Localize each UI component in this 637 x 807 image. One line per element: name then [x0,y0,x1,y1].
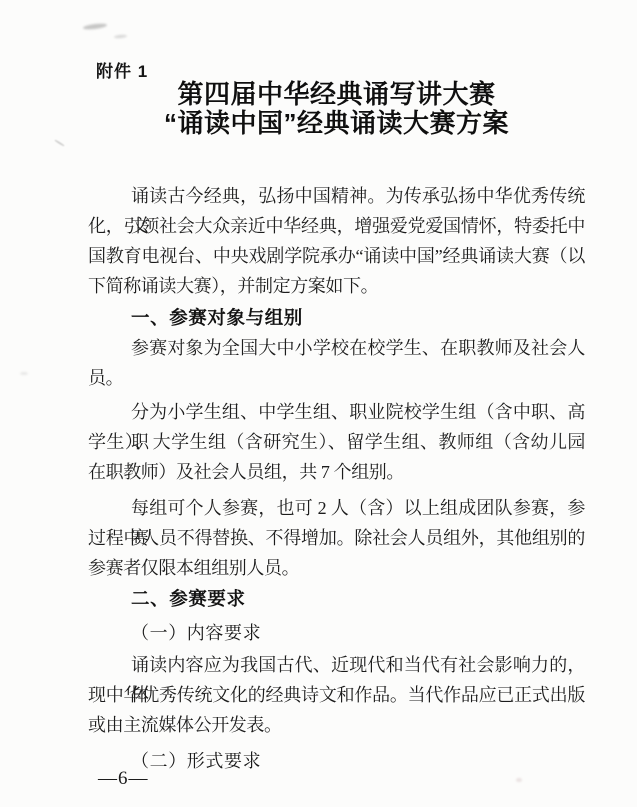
doc-line: 员。 [88,363,585,393]
doc-line: 国教育电视台、中央戏剧学院承办“诵读中国”经典诵读大赛（以 [88,241,585,271]
subsection-heading: （二）形式要求 [88,746,585,776]
document-title-line2: “诵读中国”经典诵读大赛方案 [88,109,585,138]
scan-smudge-mark [114,34,127,38]
doc-line: 下简称诵读大赛），并制定方案如下。 [88,271,585,301]
doc-line: 每组可个人参赛，也可 2 人（含）以上组成团队参赛，参赛 [88,493,585,523]
attachment-label: 附件 1 [96,57,148,82]
doc-line: 参赛者仅限本组组别人员。 [88,553,585,583]
doc-line: 化，引领社会大众亲近中华经典，增强爱党爱国情怀，特委托中 [88,211,585,241]
doc-line: 现中华优秀传统文化的经典诗文和作品。当代作品应已正式出版 [88,680,585,710]
page-number: —6— [98,768,149,790]
scanned-document-page: 附件 1 第四届中华经典诵写讲大赛 “诵读中国”经典诵读大赛方案 诵读古今经典，… [0,0,637,807]
doc-line: 分为小学生组、中学生组、职业院校学生组（含中职、高职 [88,397,585,427]
doc-line: 过程中人员不得替换、不得增加。除社会人员组外，其他组别的 [88,523,585,553]
scan-smudge-mark [83,23,107,31]
doc-line: 在职教师）及社会人员组，共 7 个组别。 [88,457,585,487]
document-body: 诵读古今经典，弘扬中国精神。为传承弘扬中华优秀传统文 化，引领社会大众亲近中华经… [88,181,585,776]
scan-smudge-mark [516,778,522,782]
subsection-heading: （一）内容要求 [88,618,585,648]
doc-line: 诵读内容应为我国古代、近现代和当代有社会影响力的，体 [88,650,585,680]
section-heading: 一、参赛对象与组别 [88,303,585,333]
doc-line: 诵读古今经典，弘扬中国精神。为传承弘扬中华优秀传统文 [88,181,585,211]
document-title: 第四届中华经典诵写讲大赛 “诵读中国”经典诵读大赛方案 [88,80,585,138]
document-title-line1: 第四届中华经典诵写讲大赛 [88,80,585,109]
doc-line: 参赛对象为全国大中小学校在校学生、在职教师及社会人 [88,333,585,363]
doc-line: 学生）、大学生组（含研究生）、留学生组、教师组（含幼儿园 [88,427,585,457]
doc-line: 或由主流媒体公开发表。 [88,710,585,740]
section-heading: 二、参赛要求 [88,584,585,614]
scan-smudge-mark [20,372,28,375]
scan-smudge-mark [54,139,64,147]
